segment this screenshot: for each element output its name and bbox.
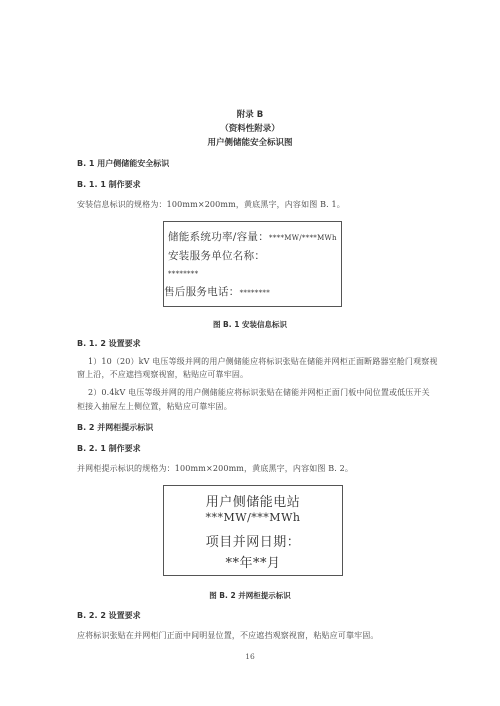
paragraph-b11: 安装信息标识的规格为：100mm×200mm，黄底黑字，内容如图 B. 1。: [77, 199, 345, 210]
sign-line-grid-date-value: **年**月: [164, 552, 342, 571]
paragraph-b12-item1-line1: 1）10（20）kV 电压等级并网的用户侧储能应将标识张贴在储能并网柜正面断路器…: [88, 356, 438, 367]
paragraph-b22: 应将标识张贴在并网柜门正面中间明显位置，不应遮挡观察视窗，粘贴应可靠牢固。: [77, 630, 379, 641]
sign-line-installer: 安装服务单位名称：: [168, 248, 265, 263]
page-number: 16: [0, 652, 500, 661]
appendix-label: 附录 B: [0, 108, 500, 120]
figure-b1-install-info-sign: 储能系统功率/容量：****MW/****MWh 安装服务单位名称： *****…: [163, 221, 342, 307]
sign-line-station-name: 用户侧储能电站: [164, 491, 342, 510]
sign-line-service-phone: 售后服务电话：********: [164, 284, 270, 299]
sign-line-installer-value: ********: [168, 270, 198, 278]
sign-label-phone: 售后服务电话：: [164, 286, 240, 298]
sign-value-phone: ********: [240, 289, 270, 297]
section-heading-b2: B. 2 并网柜提示标识: [77, 422, 153, 433]
section-heading-b12: B. 1. 2 设置要求: [77, 338, 141, 349]
paragraph-b21: 并网柜提示标识的规格为：100mm×200mm，黄底黑字，内容如图 B. 2。: [77, 463, 353, 474]
section-heading-b21: B. 2. 1 制作要求: [77, 443, 141, 454]
sign-line-capacity: ***MW/***MWh: [164, 511, 342, 524]
figure-b2-grid-cabinet-sign: 用户侧储能电站 ***MW/***MWh 项目并网日期： **年**月: [163, 485, 343, 576]
sign-line-power-capacity: 储能系统功率/容量：****MW/****MWh: [168, 229, 337, 244]
appendix-title: 用户侧储能安全标识图: [0, 136, 500, 148]
appendix-nature: （资料性附录）: [0, 122, 500, 134]
sign-value-power: ****MW/****MWh: [269, 234, 337, 242]
paragraph-b12-item2-line1: 2）0.4kV 电压等级并网的用户侧储能应将标识张贴在储能并网柜正面门板中间位置…: [88, 387, 430, 398]
sign-label-power: 储能系统功率/容量：: [168, 231, 269, 243]
paragraph-b12-item2-line2: 柜接入抽屉左上侧位置，粘贴应可靠牢固。: [77, 401, 232, 412]
section-heading-b1: B. 1 用户侧储能安全标识: [77, 158, 169, 169]
section-heading-b11: B. 1. 1 制作要求: [77, 179, 141, 190]
figure-caption-b2: 图 B. 2 并网柜提示标识: [0, 590, 500, 601]
figure-caption-b1: 图 B. 1 安装信息标识: [0, 319, 500, 330]
sign-line-grid-date-label: 项目并网日期：: [164, 531, 342, 550]
paragraph-b12-item1-line2: 窗上沿，不应遮挡观察视窗，粘贴应可靠牢固。: [77, 369, 248, 380]
section-heading-b22: B. 2. 2 设置要求: [77, 610, 141, 621]
